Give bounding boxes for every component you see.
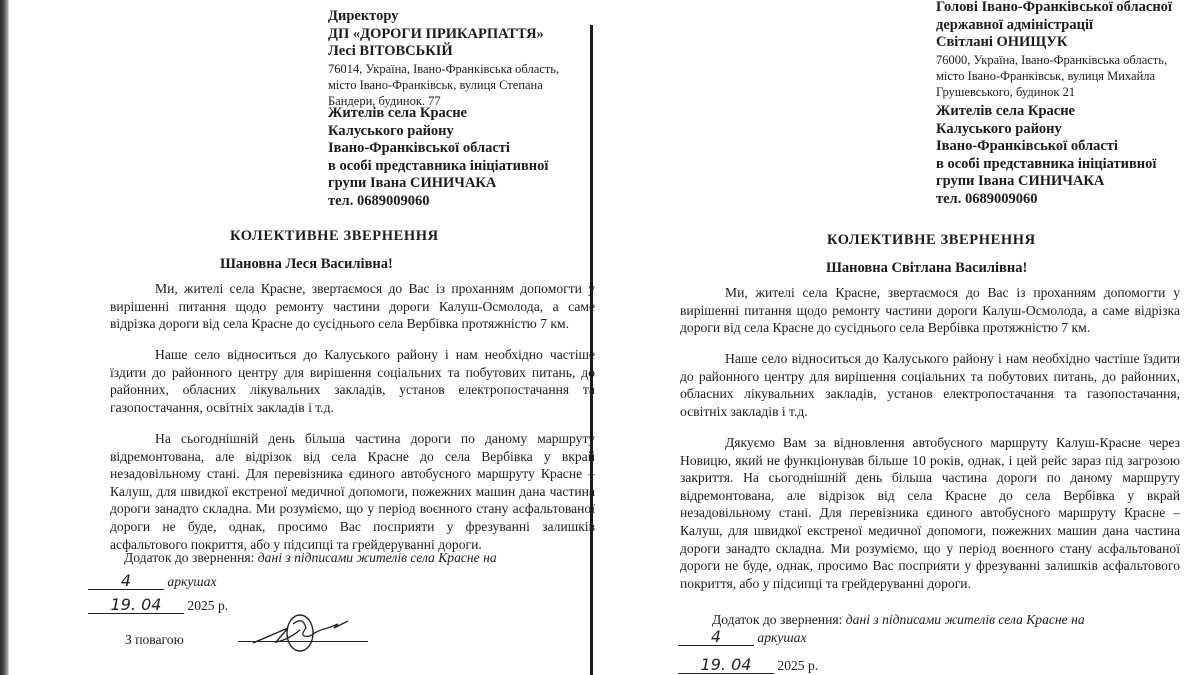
date-year: 2025 р.	[187, 598, 228, 613]
date-line: 19. 04 2025 р.	[678, 656, 818, 675]
letter-body: Ми, жителі села Красне, звертаємося до В…	[680, 284, 1180, 337]
sender-phone: тел. 0689009060	[936, 191, 1200, 209]
recipient-name: Світлані ОНИЩУК	[936, 34, 1200, 52]
recipient-name: Лесі ВІТОВСЬКІЙ	[328, 43, 588, 61]
body-paragraph: Дякуємо Вам за відновлення автобусного м…	[680, 434, 1180, 592]
recipient-address-line: 76000, Україна, Івано-Франківська област…	[936, 52, 1200, 68]
sender-line: Жителів села Красне	[936, 103, 1200, 121]
closing-text: З повагою	[125, 632, 184, 648]
sender-line: Калуського району	[328, 123, 588, 141]
annex-line: Додаток до звернення: дані з підписами ж…	[124, 548, 497, 568]
annex-label: Додаток до звернення:	[124, 550, 254, 565]
letter-title: КОЛЕКТИВНЕ ЗВЕРНЕННЯ	[230, 228, 439, 245]
sheets-label: аркушах	[167, 574, 216, 589]
sender-block: Жителів села Красне Калуського району Ів…	[328, 105, 588, 210]
letter-greeting: Шановна Світлана Василівна!	[826, 260, 1027, 277]
recipient-organization: державної адміністрації	[936, 17, 1200, 35]
recipient-address-line: місто Івано-Франківськ, вулиця Михайла	[936, 68, 1200, 84]
sender-line: Жителів села Красне	[328, 105, 588, 123]
date-line: 19. 04 2025 р.	[88, 596, 228, 616]
date-handwritten: 19. 04	[88, 597, 184, 614]
annex-text: дані з підписами жителів села Красне на	[846, 612, 1085, 627]
recipient-address-line: місто Івано-Франківськ, вулиця Степана	[328, 77, 588, 93]
sender-line: Івано-Франківської області	[936, 138, 1200, 156]
recipient-position: Директору	[328, 8, 588, 26]
body-paragraph: Наше село відноситься до Калуського райо…	[110, 346, 595, 416]
body-paragraph: Ми, жителі села Красне, звертаємося до В…	[680, 284, 1180, 337]
sender-line: в особі представника ініціативної	[936, 156, 1200, 174]
sender-line: в особі представника ініціативної	[328, 158, 588, 176]
body-paragraph: Наше село відноситься до Калуського райо…	[680, 350, 1180, 420]
sheets-count-handwritten: 4	[88, 573, 164, 590]
sheets-count-handwritten: 4	[678, 629, 754, 646]
sender-line: Калуського району	[936, 121, 1200, 139]
recipient-block: Голові Івано-Франківської обласної держа…	[936, 0, 1200, 100]
annex-text: дані з підписами жителів села Красне на	[258, 550, 497, 565]
date-handwritten: 19. 04	[678, 657, 774, 674]
sheets-line: 4 аркушах	[678, 628, 807, 648]
recipient-address-line: 76014, Україна, Івано-Франківська област…	[328, 61, 588, 77]
letter-body: Дякуємо Вам за відновлення автобусного м…	[680, 434, 1180, 592]
letter-body: Наше село відноситься до Калуського райо…	[680, 350, 1180, 420]
recipient-address-line: Грушевського, будинок 21	[936, 84, 1200, 100]
letter-greeting: Шановна Леся Василівна!	[220, 256, 393, 273]
recipient-organization: ДП «ДОРОГИ ПРИКАРПАТТЯ»	[328, 26, 588, 44]
letter-body: Ми, жителі села Красне, звертаємося до В…	[110, 280, 595, 333]
sender-line: Івано-Франківської області	[328, 140, 588, 158]
annex-line: Додаток до звернення: дані з підписами ж…	[712, 610, 1085, 630]
sender-phone: тел. 0689009060	[328, 193, 588, 211]
annex-label: Додаток до звернення:	[712, 612, 842, 627]
sheets-line: 4 аркушах	[88, 572, 217, 592]
recipient-position: Голові Івано-Франківської обласної	[936, 0, 1200, 17]
body-paragraph: Ми, жителі села Красне, звертаємося до В…	[110, 280, 595, 333]
recipient-block: Директору ДП «ДОРОГИ ПРИКАРПАТТЯ» Лесі В…	[328, 8, 588, 109]
letter-title: КОЛЕКТИВНЕ ЗВЕРНЕННЯ	[827, 232, 1036, 249]
sender-line: групи Івана СИНИЧАКА	[936, 173, 1200, 191]
date-year: 2025 р.	[777, 658, 818, 673]
body-paragraph: На сьогоднішній день більша частина доро…	[110, 430, 595, 553]
sender-line: групи Івана СИНИЧАКА	[328, 175, 588, 193]
sheets-label: аркушах	[757, 630, 806, 645]
sender-block: Жителів села Красне Калуського району Ів…	[936, 103, 1200, 208]
scan-edge-shadow	[0, 0, 9, 675]
letter-body: Наше село відноситься до Калуського райо…	[110, 346, 595, 416]
signature-mark	[248, 610, 368, 655]
letter-body: На сьогоднішній день більша частина доро…	[110, 430, 595, 553]
